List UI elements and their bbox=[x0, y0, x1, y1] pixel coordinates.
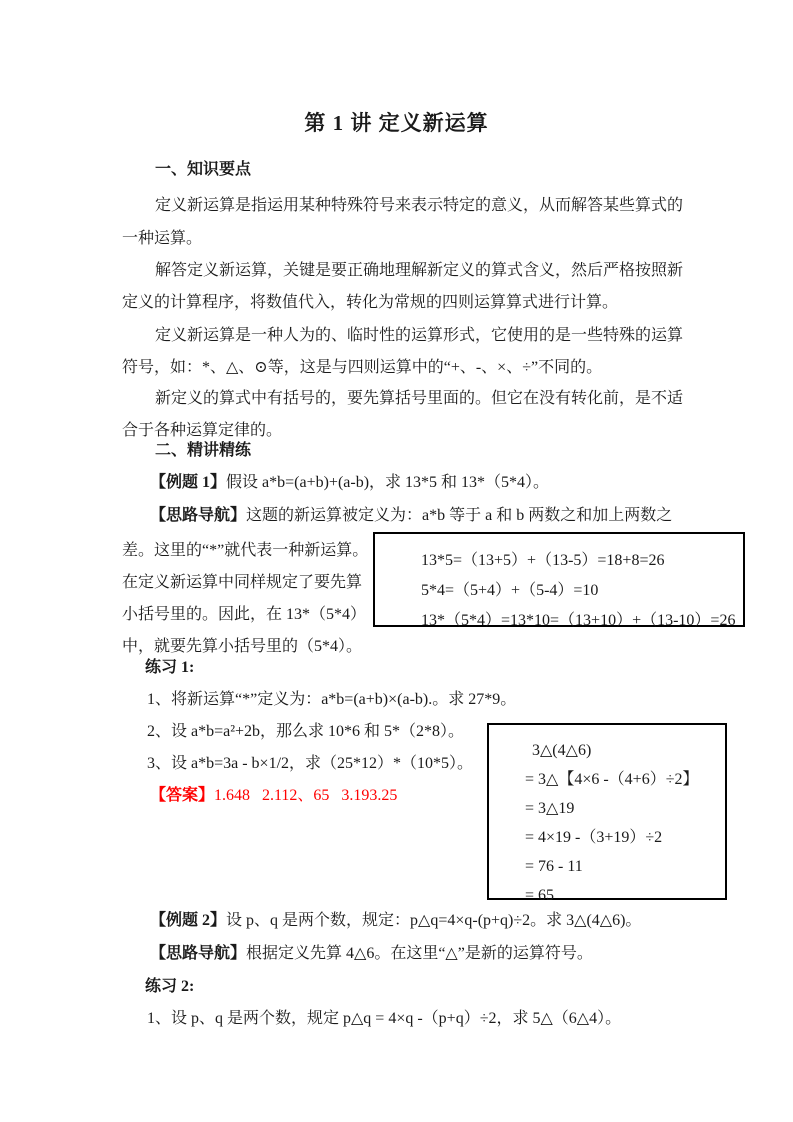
exercise1-answer-line: 【答案】1.648 2.112、65 3.193.25 bbox=[150, 786, 397, 806]
box1-line2: 5*4=（5+4）+（5-4）=10 bbox=[421, 576, 743, 606]
knowledge-para4-line2: 合于各种运算定律的。 bbox=[122, 421, 282, 441]
answer-label: 【答案】 bbox=[150, 787, 214, 804]
knowledge-para3-line2: 符号，如：*、△、⊙等，这是与四则运算中的“+、-、×、÷”不同的。 bbox=[122, 358, 602, 378]
exercise1-item3: 3、设 a*b=3a - b×1/2，求（25*12）*（10*5）。 bbox=[147, 754, 473, 774]
box2-line1: 3△(4△6) bbox=[532, 736, 725, 765]
exercise2-heading: 练习 2: bbox=[145, 977, 194, 997]
navigation2-line: 【思路导航】根据定义先算 4△6。在这里“△”是新的运算符号。 bbox=[150, 944, 593, 964]
knowledge-para1-line1: 定义新运算是指运用某种特殊符号来表示特定的意义，从而解答某些算式的 bbox=[155, 196, 683, 216]
exercise1-item2: 2、设 a*b=a²+2b，那么求 10*6 和 5*（2*8）。 bbox=[147, 722, 464, 742]
example2-line: 【例题 2】设 p、q 是两个数，规定：p△q=4×q-(p+q)÷2。求 3△… bbox=[150, 911, 641, 931]
exercise1-item1: 1、将新运算“*”定义为：a*b=(a+b)×(a-b).。求 27*9。 bbox=[147, 690, 516, 710]
answer-values: 1.648 2.112、65 3.193.25 bbox=[214, 787, 397, 804]
navigation2-label: 【思路导航】 bbox=[150, 945, 246, 962]
section1-heading: 一、知识要点 bbox=[155, 160, 251, 180]
page-title: 第 1 讲 定义新运算 bbox=[0, 113, 793, 133]
box2-line6: = 65 bbox=[525, 881, 725, 910]
box1-line3: 13*（5*4）=13*10=（13+10）+（13-10）=26 bbox=[421, 606, 743, 636]
navigation1-wrap-line1: 差。这里的“*”就代表一种新运算。 bbox=[122, 541, 368, 561]
knowledge-para2-line2: 定义的计算程序，将数值代入，转化为常规的四则运算算式进行计算。 bbox=[122, 293, 618, 313]
navigation1-line1: 【思路导航】这题的新运算被定义为：a*b 等于 a 和 b 两数之和加上两数之 bbox=[150, 506, 672, 526]
example2-label: 【例题 2】 bbox=[150, 912, 226, 929]
navigation1-wrap-line2: 在定义新运算中同样规定了要先算 bbox=[122, 573, 362, 593]
navigation1-label: 【思路导航】 bbox=[150, 507, 246, 524]
navigation1-text: 这题的新运算被定义为：a*b 等于 a 和 b 两数之和加上两数之 bbox=[246, 507, 672, 524]
example1-label: 【例题 1】 bbox=[150, 474, 226, 491]
box2-line3: = 3△19 bbox=[525, 794, 725, 823]
box1-line1: 13*5=（13+5）+（13-5）=18+8=26 bbox=[421, 546, 743, 576]
navigation1-wrap-line3: 小括号里的。因此，在 13*（5*4） bbox=[122, 605, 366, 625]
exercise2-item1: 1、设 p、q 是两个数，规定 p△q = 4×q -（p+q）÷2，求 5△（… bbox=[147, 1009, 621, 1029]
knowledge-para1-line2: 一种运算。 bbox=[122, 229, 202, 249]
exercise1-heading: 练习 1: bbox=[145, 658, 194, 678]
example2-text: 设 p、q 是两个数，规定：p△q=4×q-(p+q)÷2。求 3△(4△6)。 bbox=[226, 912, 641, 929]
navigation2-text: 根据定义先算 4△6。在这里“△”是新的运算符号。 bbox=[246, 945, 593, 962]
knowledge-para2-line1: 解答定义新运算，关键是要正确地理解新定义的算式含义，然后严格按照新 bbox=[155, 261, 683, 281]
navigation1-wrap-line4: 中，就要先算小括号里的（5*4）。 bbox=[122, 637, 362, 657]
box2-line5: = 76 - 11 bbox=[525, 852, 725, 881]
box2-line4: = 4×19 -（3+19）÷2 bbox=[525, 823, 725, 852]
knowledge-para3-line1: 定义新运算是一种人为的、临时性的运算形式，它使用的是一些特殊的运算 bbox=[155, 326, 683, 346]
knowledge-para4-line1: 新定义的算式中有括号的，要先算括号里面的。但它在没有转化前，是不适 bbox=[155, 389, 683, 409]
example1-text: 假设 a*b=(a+b)+(a-b)，求 13*5 和 13*（5*4）。 bbox=[226, 474, 549, 491]
document-page: 第 1 讲 定义新运算 一、知识要点 定义新运算是指运用某种特殊符号来表示特定的… bbox=[0, 0, 793, 1122]
box2-line2: = 3△【4×6 -（4+6）÷2】 bbox=[525, 765, 725, 794]
solution-box-example2: 3△(4△6) = 3△【4×6 -（4+6）÷2】 = 3△19 = 4×19… bbox=[487, 723, 727, 900]
solution-box-example1: 13*5=（13+5）+（13-5）=18+8=26 5*4=（5+4）+（5-… bbox=[373, 532, 745, 627]
example1-line: 【例题 1】假设 a*b=(a+b)+(a-b)，求 13*5 和 13*（5*… bbox=[150, 473, 549, 493]
section2-heading: 二、精讲精练 bbox=[155, 441, 251, 461]
